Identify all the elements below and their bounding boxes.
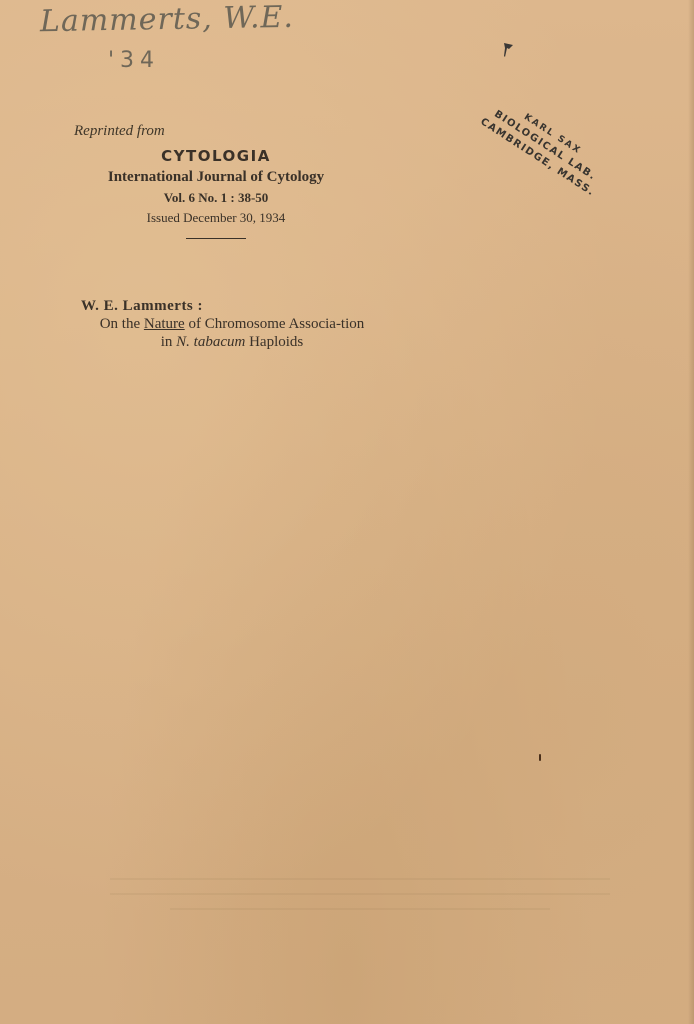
divider-rule (186, 238, 246, 239)
document-page: Lammerts, W.E. '34 KARL SAX BIOLOGICAL L… (0, 0, 694, 1024)
article-title: On the Nature of Chromosome Associa-tion… (94, 315, 370, 351)
show-through-line (170, 908, 550, 910)
show-through-line (110, 878, 610, 880)
handwritten-author-note: Lammerts, W.E. (40, 0, 294, 39)
title-part-1: On the (100, 316, 144, 332)
journal-header: CYTOLOGIA International Journal of Cytol… (96, 147, 336, 239)
stamp-line-2: BIOLOGICAL LAB. (485, 104, 605, 189)
journal-name: CYTOLOGIA (96, 147, 336, 165)
journal-subtitle: International Journal of Cytology (96, 169, 336, 186)
ink-blot-icon (502, 42, 514, 58)
handwritten-year-note: '34 (108, 48, 160, 73)
article-author: W. E. Lammerts : (81, 298, 203, 315)
show-through-line (110, 893, 610, 895)
reprinted-from-label: Reprinted from (74, 123, 165, 140)
library-stamp: KARL SAX BIOLOGICAL LAB. CAMBRIDGE, MASS… (477, 92, 612, 200)
volume-info: Vol. 6 No. 1 : 38-50 (96, 190, 336, 206)
title-species-name: N. tabacum (176, 334, 245, 350)
issue-date: Issued December 30, 1934 (96, 210, 336, 226)
paper-speck (539, 754, 541, 761)
title-underlined-word: Nature (144, 316, 185, 332)
title-part-3: Haploids (245, 334, 303, 350)
